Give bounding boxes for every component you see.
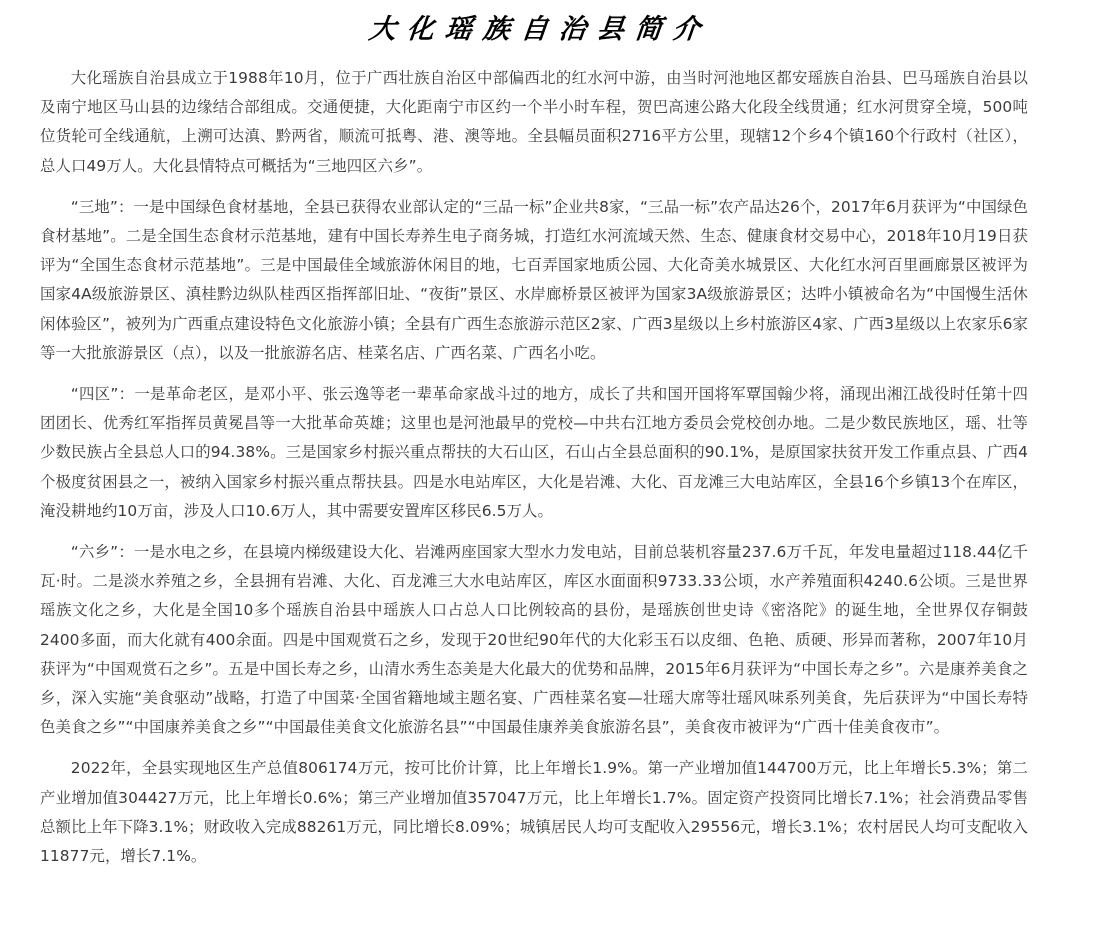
document-page: 大化瑶族自治县简介 大化瑶族自治县成立于1988年10月，位于广西壮族自治区中部…	[40, 0, 1028, 883]
paragraph-six-hometowns: “六乡”：一是水电之乡，在县境内梯级建设大化、岩滩两座国家大型水力发电站，目前总…	[40, 538, 1028, 742]
paragraph-overview: 大化瑶族自治县成立于1988年10月，位于广西壮族自治区中部偏西北的红水河中游，…	[40, 64, 1028, 181]
paragraph-four-zones: “四区”：一是革命老区，是邓小平、张云逸等老一辈革命家战斗过的地方，成长了共和国…	[40, 380, 1028, 526]
page-title: 大化瑶族自治县简介	[37, 0, 1031, 56]
paragraph-economy-2022: 2022年，全县实现地区生产总值806174万元，按可比价计算，比上年增长1.9…	[40, 754, 1028, 871]
paragraph-three-bases: “三地”：一是中国绿色食材基地，全县已获得农业部认定的“三品一标”企业共8家，“…	[40, 193, 1028, 368]
